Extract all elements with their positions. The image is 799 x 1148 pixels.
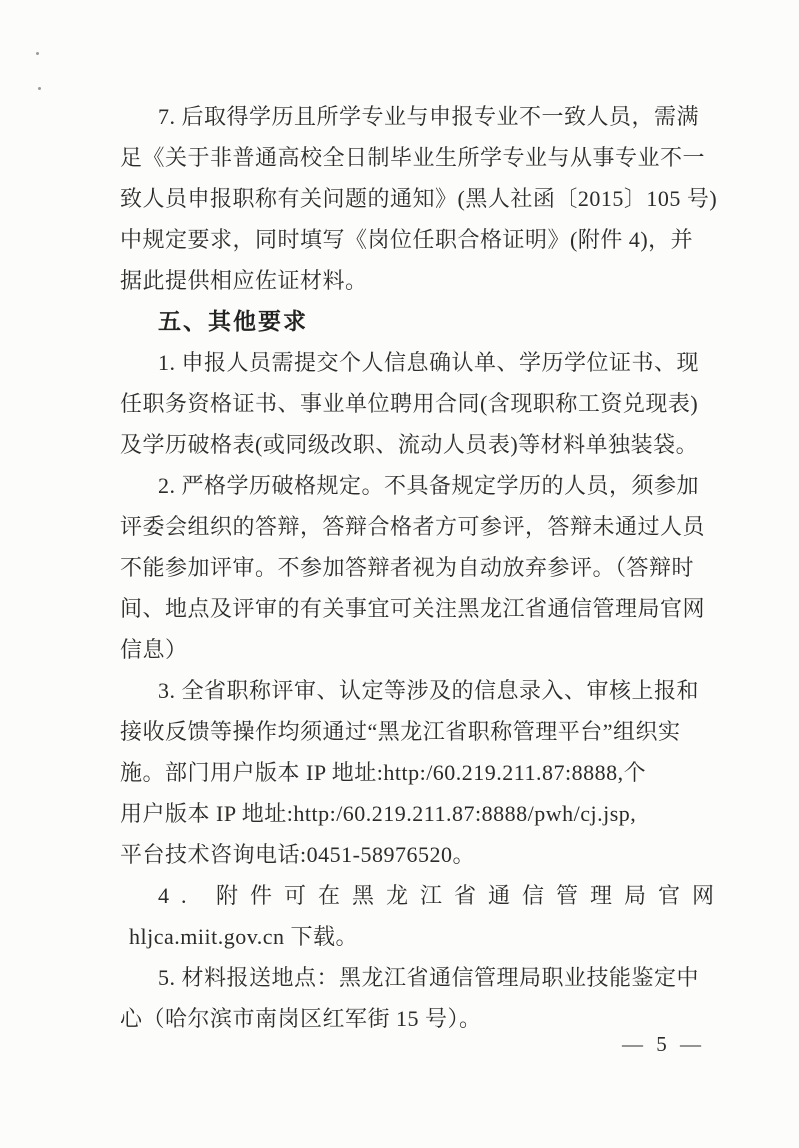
scan-speck [36,52,39,55]
text-line: 及学历破格表(或同级改职、流动人员表)等材料单独装袋。 [120,424,710,465]
text-line: 3. 全省职称评审、认定等涉及的信息录入、审核上报和 [120,670,710,711]
text-line: 4. 附件可在黑龙江省通信管理局官网 [120,875,710,916]
text-line: 中规定要求，同时填写《岗位任职合格证明》(附件 4)，并 [120,219,710,260]
text-line: 7. 后取得学历且所学专业与申报专业不一致人员，需满 [120,96,710,137]
text-line: 足《关于非普通高校全日制毕业生所学专业与从事专业不一 [120,137,710,178]
text-line: 据此提供相应佐证材料。 [120,260,710,301]
document-page: 7. 后取得学历且所学专业与申报专业不一致人员，需满 足《关于非普通高校全日制毕… [0,0,799,1148]
text-line: 信息） [120,629,710,670]
text-line: 用户版本 IP 地址:http:/60.219.211.87:8888/pwh/… [120,793,710,834]
text-line: 施。部门用户版本 IP 地址:http:/60.219.211.87:8888,… [120,752,710,793]
text-line: 平台技术咨询电话:0451-58976520。 [120,834,710,875]
text-line: 间、地点及评审的有关事宜可关注黑龙江省通信管理局官网 [120,588,710,629]
text-line: 致人员申报职称有关问题的通知》(黑人社函〔2015〕105 号) [120,178,710,219]
text-line: 1. 申报人员需提交个人信息确认单、学历学位证书、现 [120,342,710,383]
document-body: 7. 后取得学历且所学专业与申报专业不一致人员，需满 足《关于非普通高校全日制毕… [120,96,710,1039]
text-line: 任职务资格证书、事业单位聘用合同(含现职称工资兑现表) [120,383,710,424]
text-line: 5. 材料报送地点：黑龙江省通信管理局职业技能鉴定中 [120,957,710,998]
text-line: 2. 严格学历破格规定。不具备规定学历的人员，须参加 [120,465,710,506]
section-heading: 五、其他要求 [120,301,710,342]
scan-speck [38,87,41,90]
text-line: 不能参加评审。不参加答辩者视为自动放弃参评。（答辩时 [120,547,710,588]
page-number: — 5 — [622,1030,705,1058]
text-line: hljca.miit.gov.cn 下载。 [120,916,710,957]
text-line: 接收反馈等操作均须通过“黑龙江省职称管理平台”组织实 [120,711,710,752]
text-line: 评委会组织的答辩，答辩合格者方可参评，答辩未通过人员 [120,506,710,547]
